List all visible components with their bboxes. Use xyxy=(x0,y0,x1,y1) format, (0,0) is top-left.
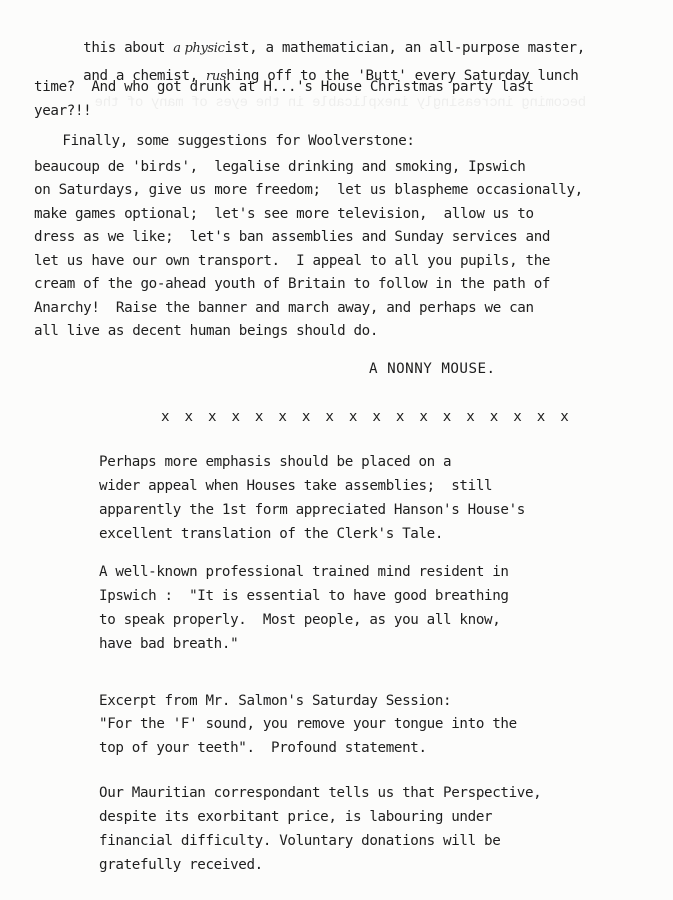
text-line: Excerpt from Mr. Salmon's Saturday Sessi… xyxy=(99,694,451,708)
handwritten-correction: a physic xyxy=(173,41,224,56)
text-line: to speak properly. Most people, as you a… xyxy=(99,613,500,627)
text-line: all live as decent human beings should d… xyxy=(34,324,378,338)
text-line: "For the 'F' sound, you remove your tong… xyxy=(99,717,517,731)
text-line: apparently the 1st form appreciated Hans… xyxy=(99,503,525,517)
text-line: have bad breath." xyxy=(99,637,238,651)
text-line: Finally, some suggestions for Woolversto… xyxy=(46,134,415,148)
text-line: wider appeal when Houses take assemblies… xyxy=(99,479,492,493)
text-line: beaucoup de 'birds', legalise drinking a… xyxy=(34,160,526,174)
text-line: A well-known professional trained mind r… xyxy=(99,565,509,579)
text-line: cream of the go-ahead youth of Britain t… xyxy=(34,277,550,291)
text-line: dress as we like; let's ban assemblies a… xyxy=(34,230,550,244)
text-line: despite its exorbitant price, is labouri… xyxy=(99,810,492,824)
separator-line: x x x x x x x x x x x x x x x x x x xyxy=(161,410,572,424)
text-line: year?!! xyxy=(34,104,91,118)
signature: A NONNY MOUSE. xyxy=(369,362,496,376)
text-line: Anarchy! Raise the banner and march away… xyxy=(34,301,534,315)
text-line: financial difficulty. Voluntary donation… xyxy=(99,834,500,848)
text-line: Our Mauritian correspondant tells us tha… xyxy=(99,786,541,800)
text-line: let us have our own transport. I appeal … xyxy=(34,254,550,268)
text-line: top of your teeth". Profound statement. xyxy=(99,741,427,755)
document-page: becoming increasingly inexplicable in th… xyxy=(0,0,673,900)
text-line: Ipswich : "It is essential to have good … xyxy=(99,589,509,603)
typed-text: ist, a mathematician, an all-purpose mas… xyxy=(225,40,585,56)
text-line: Perhaps more emphasis should be placed o… xyxy=(99,455,451,469)
text-line: excellent translation of the Clerk's Tal… xyxy=(99,527,443,541)
typed-text: this about xyxy=(83,40,173,56)
text-line: on Saturdays, give us more freedom; let … xyxy=(34,183,583,197)
text-line: time? And who got drunk at H...'s House … xyxy=(34,80,534,94)
text-line: gratefully received. xyxy=(99,858,263,872)
text-line: make games optional; let's see more tele… xyxy=(34,207,534,221)
